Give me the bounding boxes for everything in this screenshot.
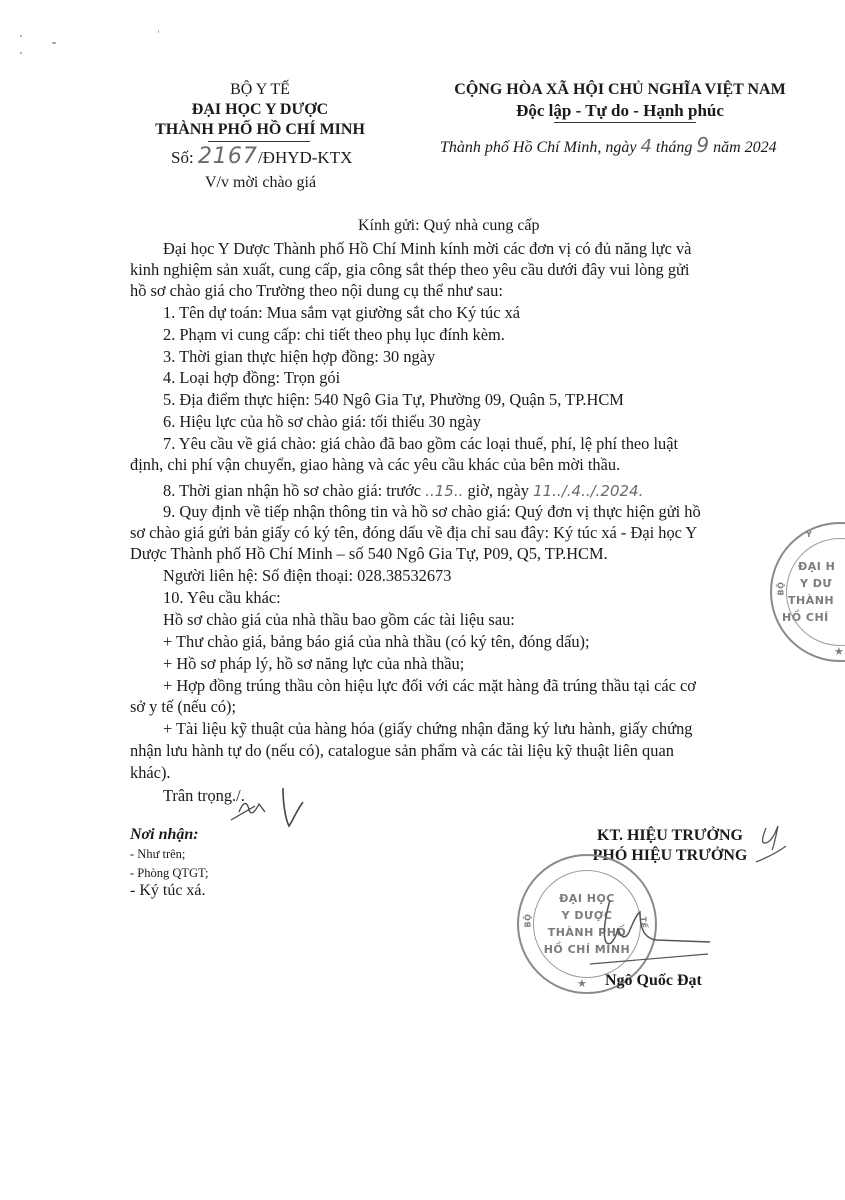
seal-top-text: Y (806, 530, 812, 539)
seal-star-icon: ★ (834, 645, 844, 658)
item-7-line-2: định, chi phí vận chuyển, giao hàng và c… (130, 455, 620, 475)
item-10-intro: Hồ sơ chào giá của nhà thầu bao gồm các … (163, 610, 515, 630)
date-prefix: Thành phố Hồ Chí Minh, ngày (440, 139, 636, 156)
document-requirement-4-line-3: khác). (130, 763, 171, 783)
initials-signature-icon (225, 782, 305, 832)
country-name: CỘNG HÒA XÃ HỘI CHỦ NGHĨA VIỆT NAM (430, 80, 810, 100)
scan-speck (20, 35, 22, 37)
approval-initials-icon (752, 820, 792, 870)
scan-speck (20, 52, 22, 54)
seal-line: Y DƯ (782, 575, 845, 592)
signature-icon (580, 890, 720, 970)
scan-speck (158, 30, 159, 33)
scan-speck (52, 42, 56, 44)
document-requirement-2: + Hồ sơ pháp lý, hồ sơ năng lực của nhà … (163, 654, 464, 674)
contact-phone: Người liên hệ: Số điện thoại: 028.385326… (163, 566, 451, 586)
document-date: Thành phố Hồ Chí Minh, ngày 4 tháng 9 nă… (440, 135, 777, 158)
item-4: 4. Loại hợp đồng: Trọn gói (163, 368, 340, 388)
date-month-label: tháng (656, 139, 692, 156)
document-number-label: Số: (171, 148, 194, 167)
recipient-1: - Như trên; (130, 847, 185, 862)
header-left-underline (208, 141, 310, 142)
seal-line: HỒ CHÍ (782, 609, 845, 626)
ministry-name: BỘ Y TẾ (120, 80, 400, 100)
university-name-line1: ĐẠI HỌC Y DƯỢC (110, 100, 410, 120)
date-year: năm 2024 (713, 139, 777, 156)
document-requirement-4-line-1: + Tài liệu kỹ thuật của hàng hóa (giấy c… (163, 719, 692, 739)
signer-name: Ngô Quốc Đạt (605, 971, 702, 991)
item-9-line-2: sơ chào giá gửi bản giấy có ký tên, đóng… (130, 523, 697, 543)
item-8: 8. Thời gian nhận hồ sơ chào giá: trước … (163, 481, 643, 501)
date-day-handwritten: 4 (640, 136, 651, 157)
motto-underline (554, 122, 696, 123)
intro-line-1: Đại học Y Dược Thành phố Hồ Chí Minh kín… (163, 239, 691, 259)
document-requirement-3-line-2: sở y tế (nếu có); (130, 697, 236, 717)
national-motto: Độc lập - Tự do - Hạnh phúc (430, 100, 810, 121)
university-name-line2: THÀNH PHỐ HỒ CHÍ MINH (110, 120, 410, 140)
seal-line: ĐẠI H (782, 558, 845, 575)
recipient-3: - Ký túc xá. (130, 882, 206, 900)
recipient-2: - Phòng QTGT; (130, 866, 208, 881)
signature-title-1: KT. HIỆU TRƯỞNG (555, 826, 785, 846)
item-7-line-1: 7. Yêu cầu về giá chào: giá chào đã bao … (163, 434, 678, 454)
date-month-handwritten: 9 (696, 133, 709, 157)
item-9-line-1: 9. Quy định về tiếp nhận thông tin và hồ… (163, 502, 701, 522)
document-subject: V/v mời chào giá (205, 173, 316, 193)
document-number-suffix: /ĐHYD-KTX (258, 148, 352, 167)
item-8-date-handwritten: 11../.4../.2024. (533, 482, 643, 500)
item-8-mid: giờ, ngày (467, 481, 528, 500)
document-number-handwritten: 2167 (198, 144, 258, 169)
seal-line: THÀNH (782, 592, 845, 609)
document-number: Số: 2167/ĐHYD-KTX (171, 146, 352, 168)
seal-side-text: BỘ (776, 582, 785, 596)
item-1: 1. Tên dự toán: Mua sắm vạt giường sắt c… (163, 303, 520, 323)
item-9-line-3: Dược Thành phố Hồ Chí Minh – số 540 Ngô … (130, 544, 608, 564)
document-requirement-1: + Thư chào giá, bảng báo giá của nhà thầ… (163, 632, 590, 652)
seal-side-text: BỘ (523, 914, 532, 928)
page-seal-partial: Y ĐẠI H Y DƯ THÀNH HỒ CHÍ BỘ ★ (770, 522, 845, 662)
intro-line-3: hồ sơ chào giá cho Trường theo nội dung … (130, 281, 503, 301)
item-5: 5. Địa điểm thực hiện: 540 Ngô Gia Tự, P… (163, 390, 624, 410)
seal-star-icon: ★ (577, 977, 587, 990)
document-requirement-4-line-2: nhận lưu hành tự do (nếu có), catalogue … (130, 741, 674, 761)
item-3: 3. Thời gian thực hiện hợp đồng: 30 ngày (163, 347, 435, 367)
item-10: 10. Yêu cầu khác: (163, 588, 281, 608)
item-8-hour-handwritten: ..15.. (425, 482, 463, 500)
item-6: 6. Hiệu lực của hồ sơ chào giá: tối thiể… (163, 412, 481, 432)
document-requirement-3-line-1: + Hợp đồng trúng thầu còn hiệu lực đối v… (163, 676, 696, 696)
intro-line-2: kinh nghiệm sản xuất, cung cấp, gia công… (130, 260, 689, 280)
recipients-title: Nơi nhận: (130, 826, 199, 844)
item-2: 2. Phạm vi cung cấp: chi tiết theo phụ l… (163, 325, 505, 345)
salutation: Kính gửi: Quý nhà cung cấp (358, 216, 540, 236)
seal-partial-text: ĐẠI H Y DƯ THÀNH HỒ CHÍ (782, 558, 845, 626)
item-8-label: 8. Thời gian nhận hồ sơ chào giá: trước (163, 481, 421, 500)
